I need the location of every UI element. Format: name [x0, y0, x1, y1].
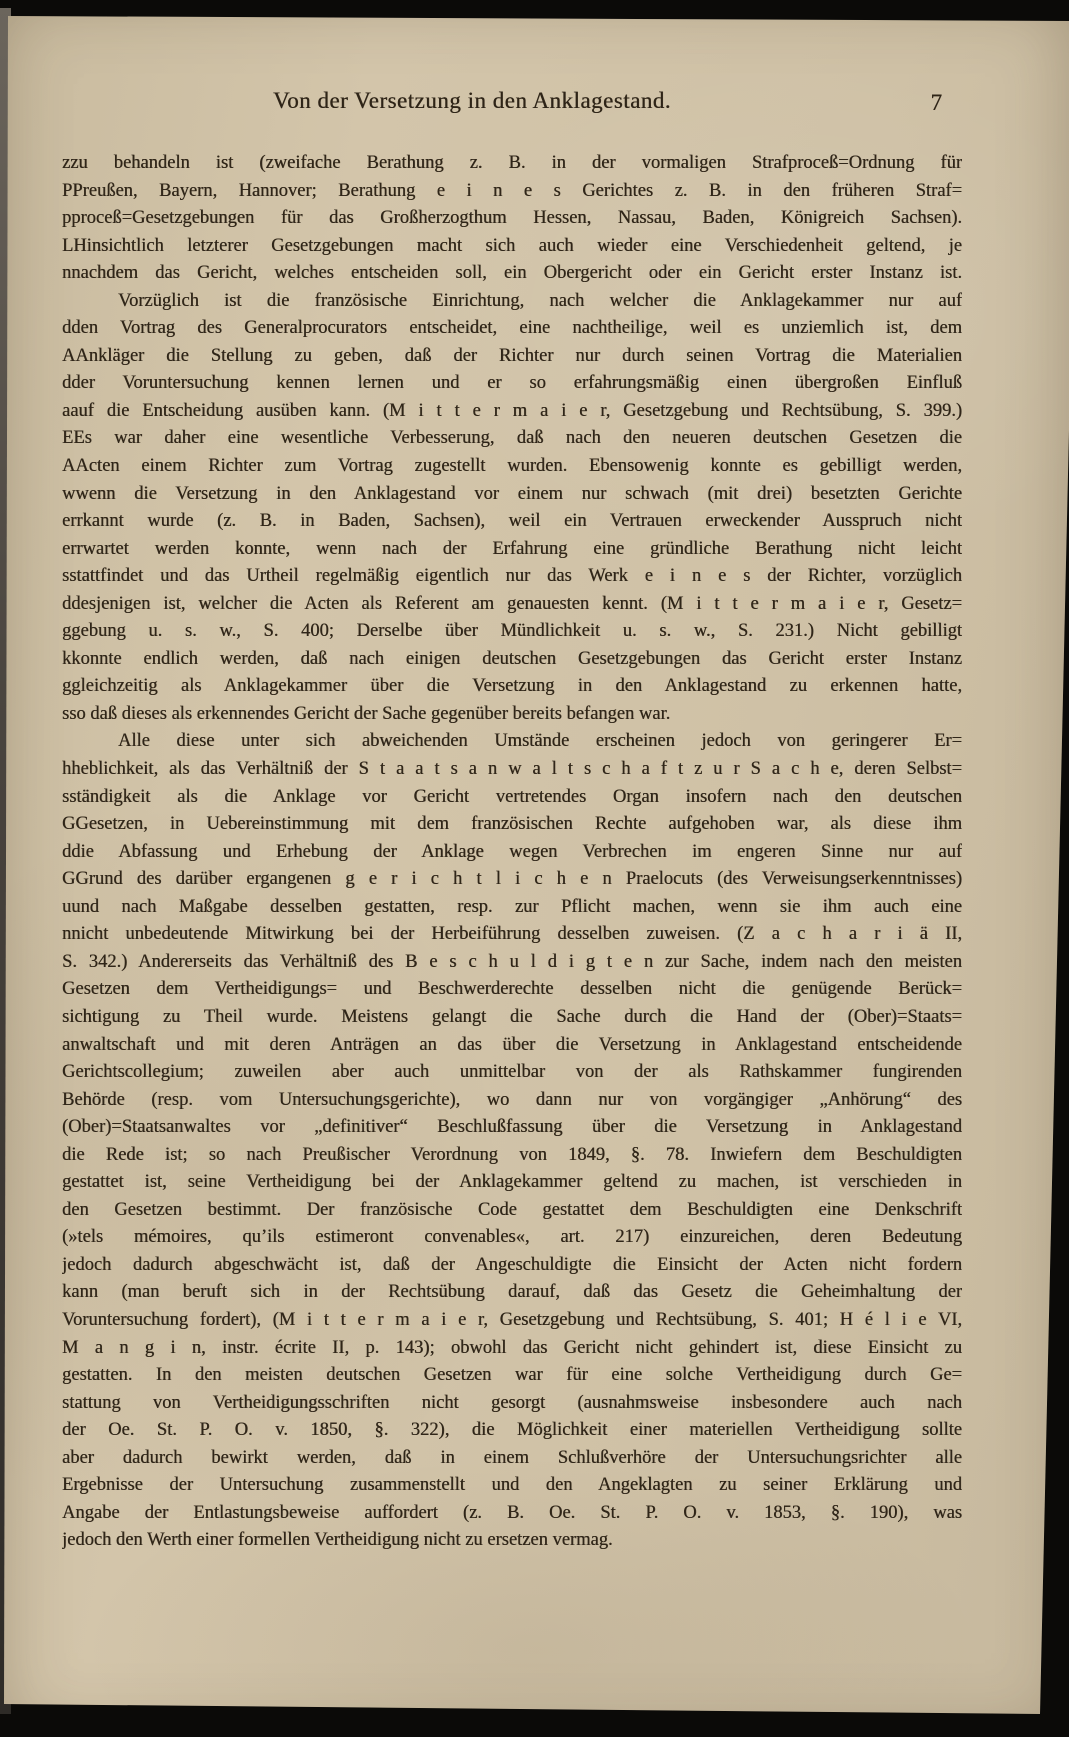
paper-page: Von der Versetzung in den Anklagestand. …: [0, 0, 1069, 1737]
text-line: dden Vortrag des Generalprocurators ents…: [62, 315, 962, 343]
book-page-scan: Von der Versetzung in den Anklagestand. …: [0, 0, 1069, 1737]
text-line: die Rede ist; so nach Preußischer Verord…: [62, 1142, 962, 1170]
text-line: LHinsichtlich letzterer Gesetzgebungen m…: [62, 233, 962, 261]
text-line: aber dadurch bewirkt werden, daß in eine…: [62, 1445, 962, 1473]
text-line: errkannt wurde (z. B. in Baden, Sachsen)…: [62, 508, 962, 536]
text-line: sso daß dieses als erkennendes Gericht d…: [62, 701, 962, 729]
text-line: gestatten. In den meisten deutschen Gese…: [62, 1362, 962, 1390]
text-line: Behörde (resp. vom Untersuchungsgerichte…: [62, 1087, 962, 1115]
text-line: nnicht unbedeutende Mitwirkung bei der H…: [62, 921, 962, 949]
text-line: S. 342.) Andererseits das Verhältniß des…: [62, 949, 962, 977]
text-line: GGesetzen, in Uebereinstimmung mit dem f…: [62, 811, 962, 839]
body-text: zzu behandeln ist (zweifache Berathung z…: [62, 150, 962, 1555]
text-line: Voruntersuchung fordert), (M i t t e r m…: [62, 1307, 962, 1335]
text-line: (»tels mémoires, qu’ils estimeront conve…: [62, 1224, 962, 1252]
text-line: ggebung u. s. w., S. 400; Derselbe über …: [62, 618, 962, 646]
text-line: M a n g i n, instr. écrite II, p. 143); …: [62, 1335, 962, 1363]
text-line: gestattet ist, seine Vertheidigung bei d…: [62, 1169, 962, 1197]
text-line: jedoch dadurch abgeschwächt ist, daß der…: [62, 1252, 962, 1280]
text-line: AActen einem Richter zum Vortrag zugeste…: [62, 453, 962, 481]
text-line: wwenn die Versetzung in den Anklagestand…: [62, 481, 962, 509]
text-line: jedoch den Werth einer formellen Verthei…: [62, 1527, 962, 1555]
text-line: pproceß=Gesetzgebungen für das Großherzo…: [62, 205, 962, 233]
text-line: Ergebnisse der Untersuchung zusammenstel…: [62, 1472, 962, 1500]
text-line: ggleichzeitig als Anklagekammer über die…: [62, 673, 962, 701]
text-line: zzu behandeln ist (zweifache Berathung z…: [62, 150, 962, 178]
text-line: GGrund des darüber ergangenen g e r i c …: [62, 866, 962, 894]
text-line: errwartet werden konnte, wenn nach der E…: [62, 536, 962, 564]
text-line: hheblichkeit, als das Verhältniß der S t…: [62, 756, 962, 784]
text-line: Alle diese unter sich abweichenden Umstä…: [62, 728, 962, 756]
text-line: den Gesetzen bestimmt. Der französische …: [62, 1197, 962, 1225]
text-line: nnachdem das Gericht, welches entscheide…: [62, 260, 962, 288]
text-line: sständigkeit als die Anklage vor Gericht…: [62, 784, 962, 812]
text-line: kann (man beruft sich in der Rechtsübung…: [62, 1279, 962, 1307]
text-line: Vorzüglich ist die französische Einricht…: [62, 288, 962, 316]
text-line: uund nach Maßgabe desselben gestatten, r…: [62, 894, 962, 922]
page-header: Von der Versetzung in den Anklagestand. …: [62, 88, 962, 122]
text-line: EEs war daher eine wesentliche Verbesser…: [62, 425, 962, 453]
running-title: Von der Versetzung in den Anklagestand.: [62, 88, 962, 114]
text-line: dder Voruntersuchung kennen lernen und e…: [62, 370, 962, 398]
text-line: sichtigung zu Theil wurde. Meistens gela…: [62, 1004, 962, 1032]
text-line: stattung von Vertheidigungsschriften nic…: [62, 1390, 962, 1418]
text-line: Gesetzen dem Vertheidigungs= und Beschwe…: [62, 976, 962, 1004]
text-line: Angabe der Entlastungsbeweise auffordert…: [62, 1500, 962, 1528]
text-line: PPreußen, Bayern, Hannover; Berathung e …: [62, 178, 962, 206]
text-line: anwaltschaft und mit deren Anträgen an d…: [62, 1032, 962, 1060]
text-line: ddie Abfassung und Erhebung der Anklage …: [62, 839, 962, 867]
text-line: aauf die Entscheidung ausüben kann. (M i…: [62, 398, 962, 426]
text-line: kkonnte endlich werden, daß nach einigen…: [62, 646, 962, 674]
text-line: AAnkläger die Stellung zu geben, daß der…: [62, 343, 962, 371]
text-line: Gerichtscollegium; zuweilen aber auch un…: [62, 1059, 962, 1087]
page-number: 7: [931, 90, 943, 116]
text-line: der Oe. St. P. O. v. 1850, §. 322), die …: [62, 1417, 962, 1445]
text-line: (Ober)=Staatsanwaltes vor „definitiver“ …: [62, 1114, 962, 1142]
text-line: ddesjenigen ist, welcher die Acten als R…: [62, 591, 962, 619]
text-line: sstattfindet und das Urtheil regelmäßig …: [62, 563, 962, 591]
